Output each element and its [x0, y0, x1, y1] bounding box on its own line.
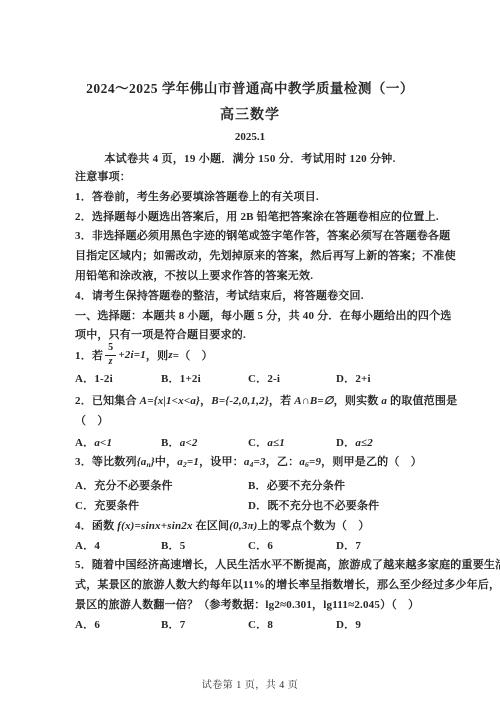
q3-option-d: D．既不充分也不必要条件	[248, 497, 431, 517]
option-text: 5	[180, 540, 186, 552]
q1-text: ，则	[146, 347, 168, 363]
q2-math: B={-2,0,1,2}	[211, 395, 269, 407]
notice-heading: 注意事项：	[75, 168, 431, 188]
option-label: D．	[336, 619, 355, 631]
question-2-stem-line-2: （ ）	[75, 412, 431, 432]
q1-text: 1．若	[75, 347, 103, 363]
q5-option-b: B．7	[161, 616, 248, 636]
option-label: B．	[161, 619, 180, 631]
option-label: C．	[248, 619, 267, 631]
option-text: 7	[180, 619, 186, 631]
q4-text: 4．函数	[75, 520, 117, 532]
option-text: 既不充分也不必要条件	[267, 500, 379, 512]
q2-text: ，则实数	[334, 395, 382, 407]
q3-text: ，设甲：	[199, 456, 244, 468]
question-5-stem-line-1: 5．随着中国经济高速增长，人民生活水平不断提高，旅游成了越来越多家庭的重要生活方	[75, 556, 431, 576]
option-label: C．	[248, 540, 267, 552]
option-text: a<2	[180, 437, 198, 449]
option-label: B．	[161, 373, 180, 385]
q2-option-b: B．a<2	[161, 434, 248, 454]
notice-line-4: 目指定区域内；如需改动，先划掉原来的答案，然后再写上新的答案；不准使	[75, 247, 431, 267]
page-title: 2024～2025 学年佛山市普通高中教学质量检测（一）	[0, 77, 500, 97]
fraction-numerator: 5	[105, 343, 116, 356]
option-label: D．	[336, 437, 355, 449]
q5-option-c: C．8	[248, 616, 336, 636]
page-subtitle: 高三数学	[0, 104, 500, 124]
option-label: A．	[75, 619, 94, 631]
option-label: A．	[75, 480, 94, 492]
option-text: 1+2i	[180, 373, 201, 385]
option-label: D．	[336, 540, 355, 552]
q3-option-a: A．充分不必要条件	[75, 477, 248, 497]
notice-line-5: 用铅笔和涂改液，不按以上要求作答的答案无效.	[75, 267, 431, 287]
q3-text: ，乙：	[266, 456, 300, 468]
option-text: 7	[355, 540, 361, 552]
option-text: 6	[267, 540, 273, 552]
question-1-options: A．1-2i B．1+2i C．2-i D．2+i	[75, 370, 431, 390]
q4-text: 上的零点个数为（ ）	[258, 520, 370, 532]
option-text: 充要条件	[94, 500, 139, 512]
option-text: a<1	[94, 437, 112, 449]
option-text: a≤2	[355, 437, 373, 449]
q1-option-d: D．2+i	[336, 370, 431, 390]
q2-option-d: D．a≤2	[336, 434, 431, 454]
option-text: a≤1	[267, 437, 285, 449]
q4-option-d: D．7	[336, 537, 431, 557]
q3-text: 3．等比数列	[75, 456, 137, 468]
fraction: 5 z	[105, 343, 116, 367]
q4-option-b: B．5	[161, 537, 248, 557]
q1-option-a: A．1-2i	[75, 370, 161, 390]
question-2-options: A．a<1 B．a<2 C．a≤1 D．a≤2	[75, 434, 431, 454]
option-text: 9	[355, 619, 361, 631]
option-text: 2+i	[355, 373, 370, 385]
q2-option-c: C．a≤1	[248, 434, 336, 454]
option-label: D．	[336, 373, 355, 385]
q5-option-a: A．6	[75, 616, 161, 636]
exam-info-line: 本试卷共 4 页，19 小题．满分 150 分．考试用时 120 分钟.	[0, 150, 500, 166]
q4-math: (0,3π)	[229, 520, 257, 532]
q2-math: A={x|1<x<a}	[140, 395, 200, 407]
option-label: B．	[161, 540, 180, 552]
option-label: A．	[75, 437, 94, 449]
section-heading-line-1: 一、选择题：本题共 8 小题，每小题 5 分，共 40 分．在每小题给出的四个选	[75, 307, 431, 327]
option-text: 必要不充分条件	[267, 480, 345, 492]
question-5-stem-line-3: 景区的旅游人数翻一倍？（参考数据：lg2≈0.301，lg111≈2.045）（…	[75, 596, 431, 616]
option-label: B．	[248, 480, 267, 492]
option-label: C．	[75, 500, 94, 512]
q3-math: =1	[187, 456, 199, 468]
option-label: A．	[75, 373, 94, 385]
q3-text: ，则甲是乙的（ ）	[321, 456, 422, 468]
q1-option-c: C．2-i	[248, 370, 336, 390]
question-3-stem: 3．等比数列{an}中，a2=1，设甲：a4=3，乙：a6=9，则甲是乙的（ ）	[75, 453, 431, 475]
question-2-stem: 2．已知集合 A={x|1<x<a}，B={-2,0,1,2}，若 A∩B=∅，…	[75, 392, 431, 412]
q4-option-a: A．4	[75, 537, 161, 557]
option-text: 4	[94, 540, 100, 552]
option-label: D．	[248, 500, 267, 512]
option-text: 8	[267, 619, 273, 631]
notice-line-1: 1．答卷前，考生务必要填涂答题卷上的有关项目.	[75, 188, 431, 208]
q2-text: 的取值范围是	[387, 395, 457, 407]
question-4-stem: 4．函数 f(x)=sinx+sin2x 在区间(0,3π)上的零点个数为（ ）	[75, 517, 431, 537]
exam-paper-page: 2024～2025 学年佛山市普通高中教学质量检测（一） 高三数学 2025.1…	[0, 0, 500, 707]
q3-text: 中，	[155, 456, 177, 468]
q1-math: +2i=1	[118, 349, 146, 361]
exam-date: 2025.1	[0, 131, 500, 143]
option-text: 1-2i	[94, 373, 113, 385]
option-label: B．	[161, 437, 180, 449]
option-label: C．	[248, 373, 267, 385]
option-label: C．	[248, 437, 267, 449]
notice-line-3: 3．非选择题必须用黑色字迹的钢笔或签字笔作答，答案必须写在答题卷各题	[75, 227, 431, 247]
q3-math: =9	[309, 456, 321, 468]
exam-body: 注意事项： 1．答卷前，考生务必要填涂答题卷上的有关项目. 2．选择题每小题选出…	[75, 168, 431, 636]
q2-math: A∩B=∅	[294, 395, 333, 407]
q3-option-b: B．必要不充分条件	[248, 477, 431, 497]
q3-math: {a	[137, 456, 147, 468]
option-label: A．	[75, 540, 94, 552]
q4-text: 在区间	[193, 520, 230, 532]
option-text: 充分不必要条件	[94, 480, 172, 492]
q2-text: ，若	[269, 395, 294, 407]
q1-option-b: B．1+2i	[161, 370, 248, 390]
q1-text: =（ ）	[173, 347, 213, 363]
q5-option-d: D．9	[336, 616, 431, 636]
page-footer: 试卷第 1 页，共 4 页	[0, 676, 500, 691]
question-3-options-row-2: C．充要条件 D．既不充分也不必要条件	[75, 497, 431, 517]
option-text: 2-i	[267, 373, 280, 385]
notice-line-6: 4．请考生保持答题卷的整洁，考试结束后，将答题卷交回.	[75, 287, 431, 307]
q2-option-a: A．a<1	[75, 434, 161, 454]
q2-text: ，	[200, 395, 211, 407]
fraction-denominator: z	[109, 356, 113, 368]
q4-math: f(x)=sinx+sin2x	[117, 520, 192, 532]
question-3-options-row-1: A．充分不必要条件 B．必要不充分条件	[75, 477, 431, 497]
question-4-options: A．4 B．5 C．6 D．7	[75, 537, 431, 557]
q2-text: 2．已知集合	[75, 395, 140, 407]
q4-option-c: C．6	[248, 537, 336, 557]
option-text: 6	[94, 619, 100, 631]
q3-option-c: C．充要条件	[75, 497, 248, 517]
question-5-stem-line-2: 式，某景区的旅游人数大约每年以11%的增长率呈指数增长，那么至少经过多少年后，该	[75, 576, 431, 596]
q3-math: =3	[254, 456, 266, 468]
notice-line-2: 2．选择题每小题选出答案后，用 2B 铅笔把答案涂在答题卷相应的位置上.	[75, 208, 431, 228]
question-5-options: A．6 B．7 C．8 D．9	[75, 616, 431, 636]
